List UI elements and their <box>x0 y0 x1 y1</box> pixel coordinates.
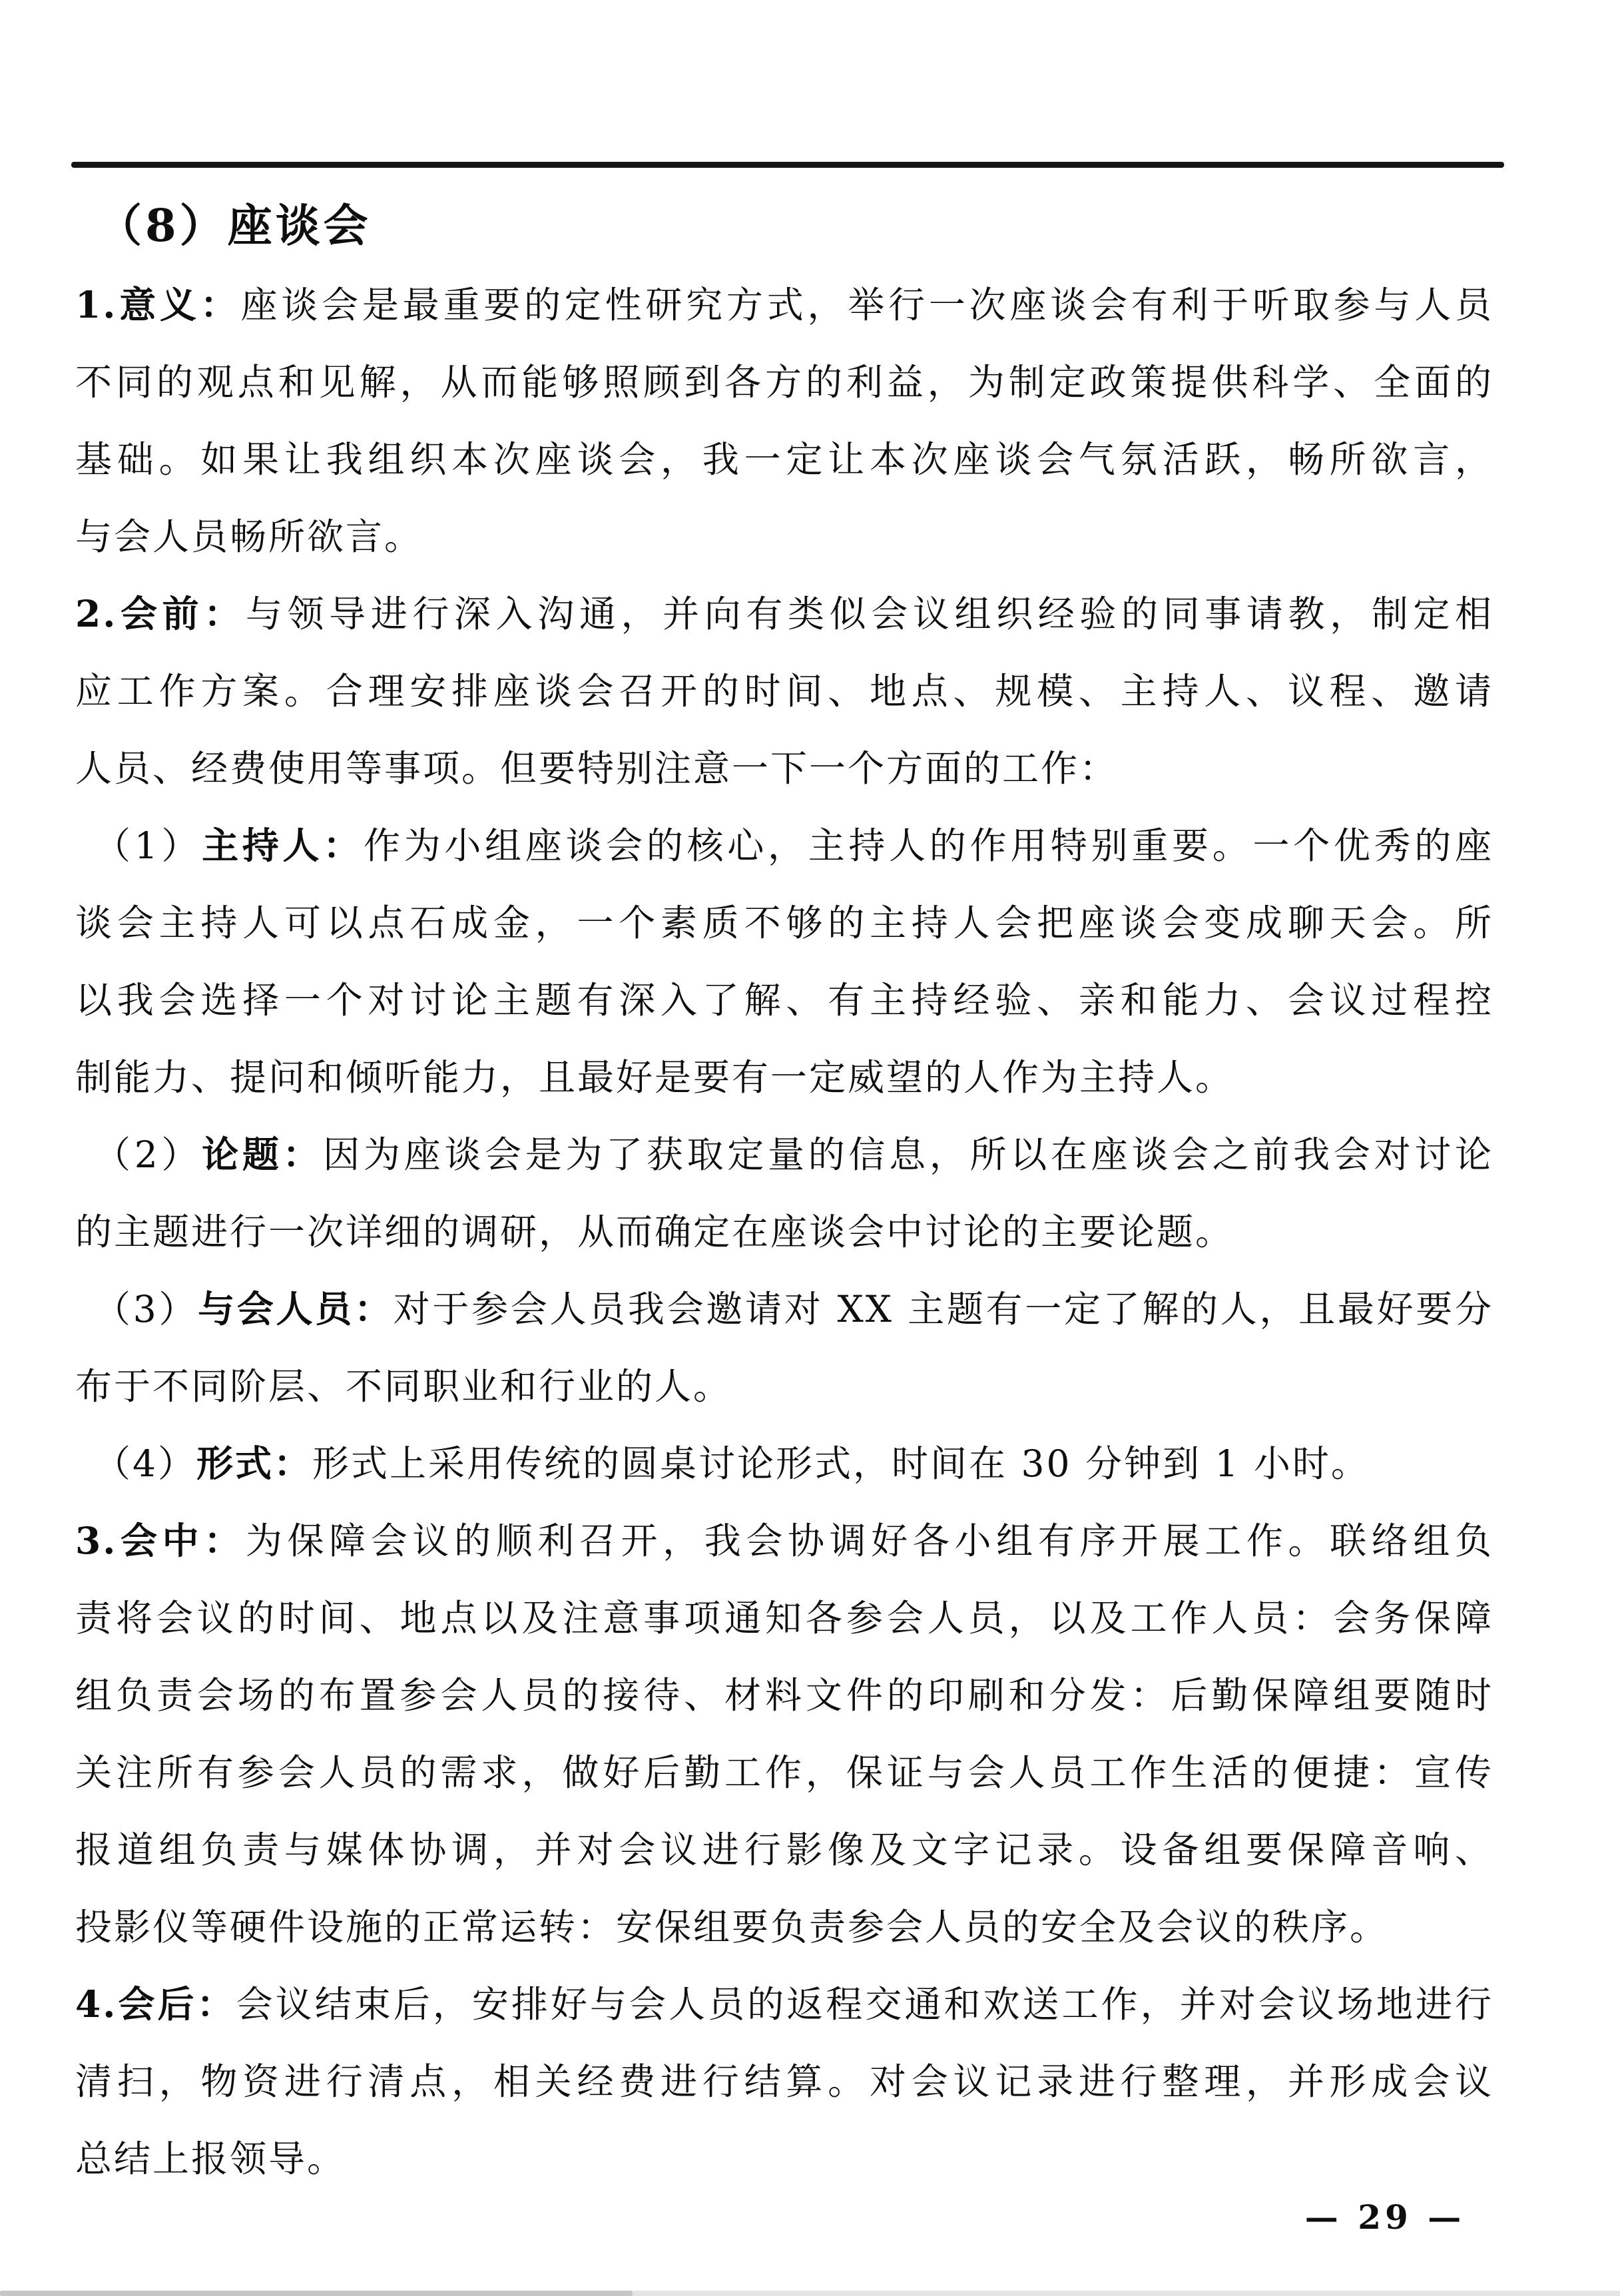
lead-term: 3.会中： <box>75 1519 246 1562</box>
text-line: 制能力、提问和倾听能力，且最好是要有一定威望的人作为主持人。 <box>75 1039 1493 1116</box>
text-line: 人员、经费使用等事项。但要特别注意一下一个方面的工作： <box>75 730 1493 807</box>
line-text: 报道组负责与媒体协调，并对会议进行影像及文字记录。设备组要保障音响、 <box>75 1829 1493 1871</box>
line-text: 不同的观点和见解，从而能够照顾到各方的利益，为制定政策提供科学、全面的 <box>75 361 1493 404</box>
line-text: 组负责会场的布置参会人员的接待、材料文件的印刷和分发：后勤保障组要随时 <box>75 1674 1493 1717</box>
text-line: （1）主持人：作为小组座谈会的核心，主持人的作用特别重要。一个优秀的座 <box>75 807 1493 884</box>
scan-artifact-strip-dark <box>0 2291 633 2296</box>
lead-term: 与会人员： <box>198 1287 394 1330</box>
lead-term: 论题： <box>202 1133 323 1176</box>
text-line: 与会人员畅所欲言。 <box>75 498 1493 575</box>
text-line: 3.会中：为保障会议的顺利召开，我会协调好各小组有序开展工作。联络组负 <box>75 1502 1493 1579</box>
line-text: 与领导进行深入沟通，并向有类似会议组织经验的同事请教，制定相 <box>246 593 1493 635</box>
text-line: 应工作方案。合理安排座谈会召开的时间、地点、规模、主持人、议程、邀请 <box>75 653 1493 730</box>
page-number: — 29 — <box>1285 2197 1485 2237</box>
text-line: 2.会前：与领导进行深入沟通，并向有类似会议组织经验的同事请教，制定相 <box>75 575 1493 653</box>
text-line: 的主题进行一次详细的调研，从而确定在座谈会中讨论的主要论题。 <box>75 1193 1493 1271</box>
lead-term: 2.会前： <box>75 592 246 635</box>
lead-prefix: （3） <box>94 1288 198 1330</box>
text-line: 基础。如果让我组织本次座谈会，我一定让本次座谈会气氛活跃，畅所欲言， <box>75 421 1493 498</box>
lead-prefix: （1） <box>94 824 202 867</box>
text-line: 总结上报领导。 <box>75 2120 1493 2197</box>
line-text: 人员、经费使用等事项。但要特别注意一下一个方面的工作： <box>75 747 1118 790</box>
text-line: 布于不同阶层、不同职业和行业的人。 <box>75 1348 1493 1425</box>
line-text: 清扫，物资进行清点，相关经费进行结算。对会议记录进行整理，并形成会议 <box>75 2060 1493 2103</box>
line-text: 会议结束后，安排好与会人员的返程交通和欢送工作，并对会议场地进行 <box>236 1983 1493 2026</box>
line-text: 对于参会人员我会邀请对 XX 主题有一定了解的人，且最好要分 <box>394 1288 1493 1330</box>
line-text: 总结上报领导。 <box>75 2138 346 2180</box>
line-text: 形式上采用传统的圆桌讨论形式，时间在 30 分钟到 1 小时。 <box>312 1442 1370 1485</box>
line-text: 因为座谈会是为了获取定量的信息，所以在座谈会之前我会对讨论 <box>323 1133 1493 1176</box>
text-line: 关注所有参会人员的需求，做好后勤工作，保证与会人员工作生活的便捷：宣传 <box>75 1734 1493 1811</box>
document-page: （8）座谈会 1.意义：座谈会是最重要的定性研究方式，举行一次座谈会有利于听取参… <box>0 0 1620 2296</box>
text-line: 责将会议的时间、地点以及注意事项通知各参会人员，以及工作人员：会务保障 <box>75 1579 1493 1657</box>
line-text: 谈会主持人可以点石成金，一个素质不够的主持人会把座谈会变成聊天会。所 <box>75 902 1493 944</box>
line-text: 基础。如果让我组织本次座谈会，我一定让本次座谈会气氛活跃，畅所欲言， <box>75 438 1493 481</box>
line-text: 应工作方案。合理安排座谈会召开的时间、地点、规模、主持人、议程、邀请 <box>75 670 1493 713</box>
lead-term: 4.会后： <box>75 1982 236 2026</box>
line-text: 作为小组座谈会的核心，主持人的作用特别重要。一个优秀的座 <box>364 824 1493 867</box>
line-text: 为保障会议的顺利召开，我会协调好各小组有序开展工作。联络组负 <box>246 1520 1493 1562</box>
line-text: 以我会选择一个对讨论主题有深入了解、有主持经验、亲和能力、会议过程控 <box>75 979 1493 1021</box>
line-text: 的主题进行一次详细的调研，从而确定在座谈会中讨论的主要论题。 <box>75 1211 1234 1253</box>
line-text: 制能力、提问和倾听能力，且最好是要有一定威望的人作为主持人。 <box>75 1056 1234 1099</box>
section-heading: （8）座谈会 <box>97 190 372 254</box>
line-text: 责将会议的时间、地点以及注意事项通知各参会人员，以及工作人员：会务保障 <box>75 1597 1493 1639</box>
lead-prefix: （2） <box>94 1133 202 1176</box>
lead-prefix: （4） <box>94 1442 196 1485</box>
lead-term: 1.意义： <box>75 283 241 326</box>
lead-term: 主持人： <box>202 824 364 867</box>
text-line: 不同的观点和见解，从而能够照顾到各方的利益，为制定政策提供科学、全面的 <box>75 344 1493 421</box>
text-line: 组负责会场的布置参会人员的接待、材料文件的印刷和分发：后勤保障组要随时 <box>75 1657 1493 1734</box>
line-text: 布于不同阶层、不同职业和行业的人。 <box>75 1365 732 1408</box>
line-text: 关注所有参会人员的需求，做好后勤工作，保证与会人员工作生活的便捷：宣传 <box>75 1751 1493 1794</box>
text-line: 以我会选择一个对讨论主题有深入了解、有主持经验、亲和能力、会议过程控 <box>75 962 1493 1039</box>
text-line: 报道组负责与媒体协调，并对会议进行影像及文字记录。设备组要保障音响、 <box>75 1811 1493 1888</box>
line-text: 与会人员畅所欲言。 <box>75 515 423 558</box>
text-line: （3）与会人员：对于参会人员我会邀请对 XX 主题有一定了解的人，且最好要分 <box>75 1271 1493 1348</box>
line-text: 投影仪等硬件设施的正常运转：安保组要负责参会人员的安全及会议的秩序。 <box>75 1906 1388 1948</box>
text-line: 谈会主持人可以点石成金，一个素质不够的主持人会把座谈会变成聊天会。所 <box>75 884 1493 962</box>
text-line: （4）形式：形式上采用传统的圆桌讨论形式，时间在 30 分钟到 1 小时。 <box>75 1425 1493 1502</box>
body-text: 1.意义：座谈会是最重要的定性研究方式，举行一次座谈会有利于听取参与人员 不同的… <box>75 266 1493 2197</box>
lead-term: 形式： <box>196 1442 312 1485</box>
text-line: 清扫，物资进行清点，相关经费进行结算。对会议记录进行整理，并形成会议 <box>75 2043 1493 2120</box>
header-rule <box>71 162 1504 168</box>
line-text: 座谈会是最重要的定性研究方式，举行一次座谈会有利于听取参与人员 <box>241 284 1493 326</box>
text-line: 1.意义：座谈会是最重要的定性研究方式，举行一次座谈会有利于听取参与人员 <box>75 266 1493 344</box>
text-line: 4.会后：会议结束后，安排好与会人员的返程交通和欢送工作，并对会议场地进行 <box>75 1966 1493 2043</box>
text-line: 投影仪等硬件设施的正常运转：安保组要负责参会人员的安全及会议的秩序。 <box>75 1888 1493 1966</box>
text-line: （2）论题：因为座谈会是为了获取定量的信息，所以在座谈会之前我会对讨论 <box>75 1116 1493 1193</box>
